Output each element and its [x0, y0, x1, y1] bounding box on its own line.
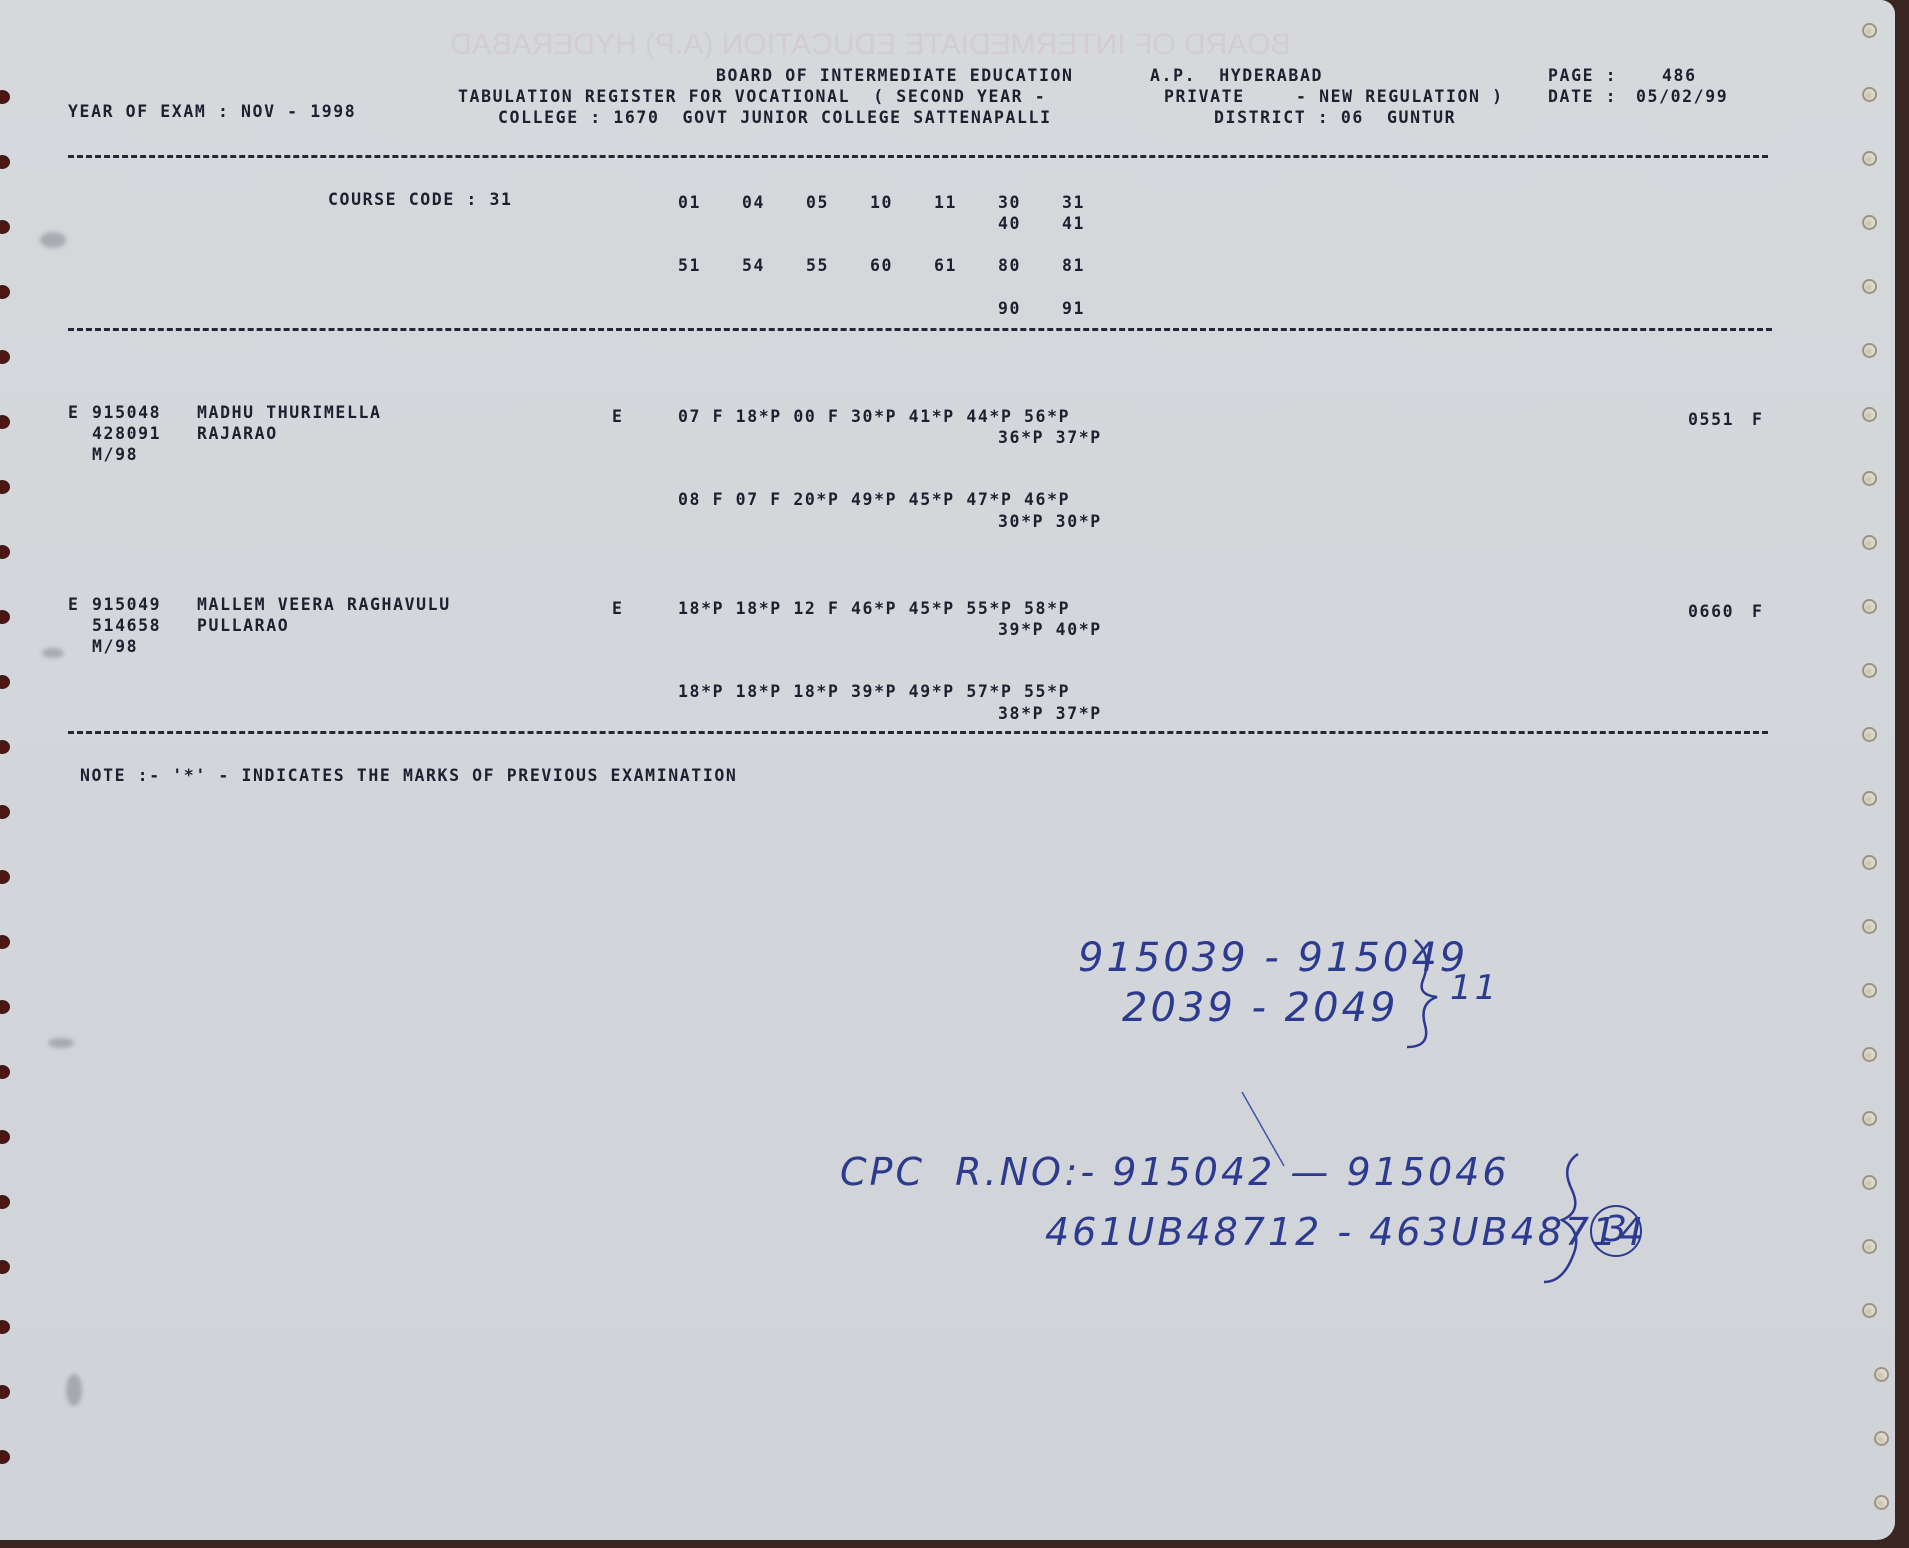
tractor-hole	[0, 740, 10, 754]
father-name: PULLARAO	[197, 618, 289, 635]
tractor-hole	[0, 675, 10, 689]
footnote: NOTE :- '*' - INDICATES THE MARKS OF PRE…	[80, 768, 737, 785]
tractor-hole	[1874, 1431, 1889, 1446]
record-prefix: E	[68, 405, 80, 422]
medium: E	[612, 409, 624, 426]
tractor-hole	[1862, 1047, 1877, 1062]
smudge-mark	[48, 1038, 74, 1048]
roll-number: 915049	[92, 597, 161, 614]
tractor-hole	[0, 1320, 10, 1334]
register-title: TABULATION REGISTER FOR VOCATIONAL ( SEC…	[458, 89, 1046, 106]
tractor-hole	[1862, 983, 1877, 998]
page-number: 486	[1662, 68, 1697, 85]
roll-number: 915048	[92, 405, 161, 422]
tractor-hole	[0, 1260, 10, 1274]
subject-code: 54	[742, 258, 765, 275]
smudge-mark	[40, 232, 66, 248]
id-number: 428091	[92, 426, 161, 443]
exam-category: PRIVATE	[1164, 89, 1245, 106]
tractor-hole	[0, 155, 10, 169]
tractor-hole	[1862, 23, 1877, 38]
divider-bottom	[68, 731, 1768, 734]
bleed-through-text: BOARD OF INTERMEDIATE EDUCATION (A.P) HY…	[450, 28, 1291, 62]
subject-code: 90	[998, 301, 1021, 318]
tractor-hole	[0, 545, 10, 559]
tractor-hole	[0, 870, 10, 884]
print-date: 05/02/99	[1636, 89, 1728, 106]
record-prefix: E	[68, 597, 80, 614]
tractor-hole	[1862, 727, 1877, 742]
total-marks: 0551	[1688, 412, 1734, 429]
tractor-hole	[1862, 215, 1877, 230]
subject-code: 41	[1062, 216, 1085, 233]
father-name: RAJARAO	[197, 426, 278, 443]
marks-row: 18*P 18*P 12 F 46*P 45*P 55*P 58*P	[678, 601, 1070, 618]
course-code: COURSE CODE : 31	[328, 192, 513, 209]
district-info: DISTRICT : 06 GUNTUR	[1214, 110, 1456, 127]
tractor-hole	[1862, 1303, 1877, 1318]
student-name: MADHU THURIMELLA	[197, 405, 382, 422]
board-title: BOARD OF INTERMEDIATE EDUCATION	[716, 68, 1074, 85]
brace-icon	[1540, 1148, 1600, 1288]
subject-code: 80	[998, 258, 1021, 275]
tractor-hole	[0, 220, 10, 234]
handwritten-cpc-range: CPC R.NO:- 915042 — 915046	[840, 1150, 1510, 1194]
divider-course	[68, 328, 1772, 331]
divider-top	[68, 155, 1768, 158]
tractor-hole	[0, 350, 10, 364]
marks-row: 07 F 18*P 00 F 30*P 41*P 44*P 56*P	[678, 409, 1070, 426]
smudge-mark	[66, 1374, 82, 1406]
session: M/98	[92, 447, 138, 464]
tractor-hole	[1874, 1367, 1889, 1382]
marks-row: 18*P 18*P 18*P 39*P 49*P 57*P 55*P	[678, 684, 1070, 701]
year-of-exam: YEAR OF EXAM : NOV - 1998	[68, 104, 356, 121]
tractor-hole	[1862, 1175, 1877, 1190]
subject-code: 61	[934, 258, 957, 275]
id-number: 514658	[92, 618, 161, 635]
tractor-hole	[1862, 919, 1877, 934]
subject-code: 10	[870, 195, 893, 212]
tractor-hole	[0, 480, 10, 494]
tractor-hole	[1862, 279, 1877, 294]
tractor-hole	[1862, 791, 1877, 806]
tractor-hole	[0, 1000, 10, 1014]
board-location: A.P. HYDERABAD	[1150, 68, 1323, 85]
tractor-hole	[0, 805, 10, 819]
tractor-hole	[1862, 407, 1877, 422]
tractor-hole	[1862, 151, 1877, 166]
tractor-hole	[1862, 1239, 1877, 1254]
subject-code: 11	[934, 195, 957, 212]
tractor-hole	[1862, 599, 1877, 614]
marks-row: 36*P 37*P	[998, 430, 1102, 447]
brace-icon	[1395, 935, 1455, 1055]
circled-count: 3	[1590, 1205, 1642, 1257]
subject-code: 05	[806, 195, 829, 212]
tractor-hole	[1862, 343, 1877, 358]
handwritten-range-1b: 2039 - 2049	[1122, 985, 1398, 1031]
marks-row: 30*P 30*P	[998, 514, 1102, 531]
tractor-hole	[0, 1450, 10, 1464]
tractor-hole	[1862, 87, 1877, 102]
subject-code: 51	[678, 258, 701, 275]
total-marks: 0660	[1688, 604, 1734, 621]
tractor-hole	[1862, 535, 1877, 550]
tractor-hole	[1862, 663, 1877, 678]
college-info: COLLEGE : 1670 GOVT JUNIOR COLLEGE SATTE…	[498, 110, 1052, 127]
medium: E	[612, 601, 624, 618]
subject-code: 91	[1062, 301, 1085, 318]
marks-row: 39*P 40*P	[998, 622, 1102, 639]
tractor-hole	[0, 1385, 10, 1399]
subject-code: 01	[678, 195, 701, 212]
marks-row: 08 F 07 F 20*P 49*P 45*P 47*P 46*P	[678, 492, 1070, 509]
tractor-hole	[0, 1195, 10, 1209]
tractor-hole	[1862, 1111, 1877, 1126]
tractor-hole	[0, 285, 10, 299]
tractor-hole	[0, 90, 10, 104]
subject-code: 30	[998, 195, 1021, 212]
tractor-hole	[0, 1130, 10, 1144]
regulation: - NEW REGULATION )	[1296, 89, 1504, 106]
tabulation-register-sheet: BOARD OF INTERMEDIATE EDUCATION (A.P) HY…	[0, 0, 1895, 1540]
subject-code: 04	[742, 195, 765, 212]
tractor-hole	[0, 935, 10, 949]
tractor-hole	[0, 610, 10, 624]
handwritten-count-1: 11	[1450, 968, 1499, 1008]
tractor-hole	[0, 1065, 10, 1079]
page-label: PAGE :	[1548, 68, 1617, 85]
date-label: DATE :	[1548, 89, 1617, 106]
smudge-mark	[42, 648, 64, 658]
subject-code: 31	[1062, 195, 1085, 212]
subject-code: 60	[870, 258, 893, 275]
subject-code: 81	[1062, 258, 1085, 275]
subject-code: 55	[806, 258, 829, 275]
result-status: F	[1752, 412, 1764, 429]
tractor-hole	[1862, 471, 1877, 486]
result-status: F	[1752, 604, 1764, 621]
handwritten-count-2: 3	[1604, 1209, 1630, 1250]
student-name: MALLEM VEERA RAGHAVULU	[197, 597, 451, 614]
tractor-hole	[1862, 855, 1877, 870]
tractor-hole	[0, 415, 10, 429]
session: M/98	[92, 639, 138, 656]
marks-row: 38*P 37*P	[998, 706, 1102, 723]
subject-code: 40	[998, 216, 1021, 233]
tractor-hole	[1874, 1495, 1889, 1510]
